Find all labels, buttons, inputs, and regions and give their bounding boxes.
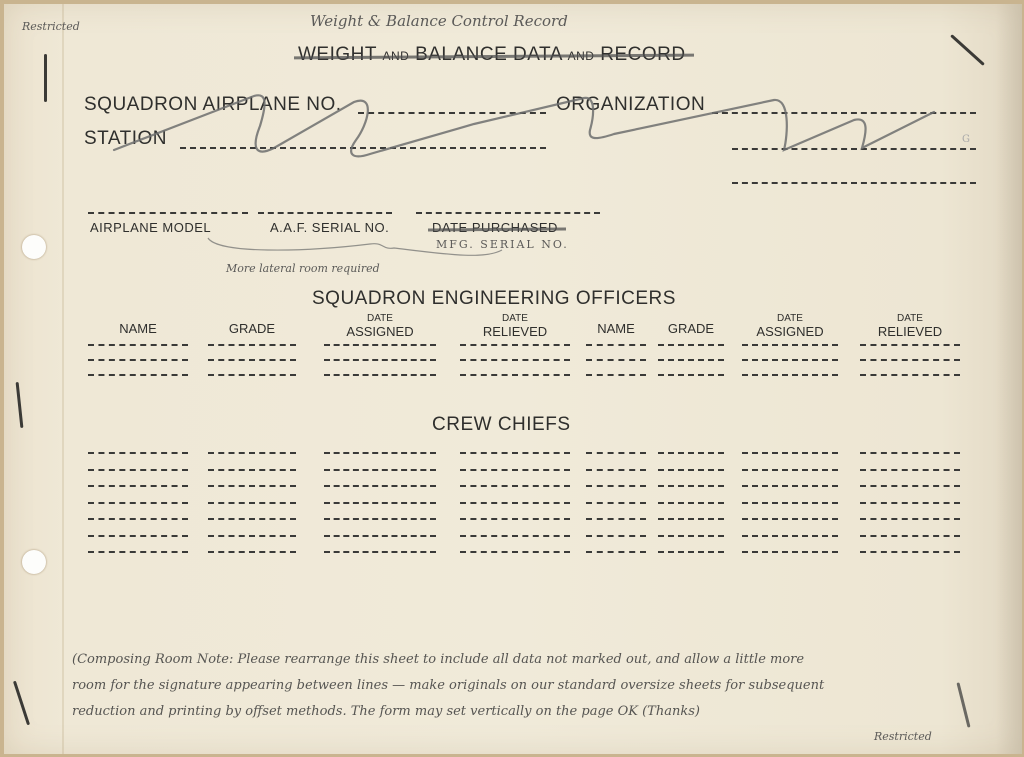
mfg-serial-annotation: MFG. SERIAL NO. (436, 238, 569, 251)
airplane-model-field[interactable] (88, 212, 248, 214)
binder-hole-icon (22, 550, 46, 574)
blank-entry-field[interactable] (742, 485, 838, 487)
blank-entry-field[interactable] (460, 359, 570, 361)
blank-entry-field[interactable] (208, 344, 296, 346)
blank-entry-field[interactable] (860, 551, 960, 553)
column-header: GRADE (658, 322, 724, 335)
staple-icon (956, 682, 970, 727)
blank-entry-field[interactable] (860, 502, 960, 504)
blank-entry-field[interactable] (658, 535, 724, 537)
page-fold (62, 4, 64, 754)
blank-entry-field[interactable] (586, 535, 646, 537)
blank-entry-field[interactable] (324, 502, 436, 504)
column-header: GRADE (208, 322, 296, 335)
svg-text:G: G (962, 134, 970, 145)
date-purchased-label: DATE PURCHASED (432, 220, 558, 235)
column-header: DATEASSIGNED (742, 312, 838, 338)
blank-entry-field[interactable] (742, 374, 838, 376)
blank-entry-field[interactable] (324, 535, 436, 537)
blank-entry-field[interactable] (860, 374, 960, 376)
blank-entry-field[interactable] (324, 551, 436, 553)
pencil-scribble-icon: G (4, 4, 1022, 754)
blank-entry-field[interactable] (208, 518, 296, 520)
blank-entry-field[interactable] (860, 359, 960, 361)
page-edge-shadow (996, 4, 1022, 754)
blank-entry-field[interactable] (658, 551, 724, 553)
blank-entry-field[interactable] (88, 502, 188, 504)
organization-label: ORGANIZATION (556, 94, 705, 116)
blank-entry-field[interactable] (460, 452, 570, 454)
column-header-label: ASSIGNED (756, 324, 823, 339)
blank-entry-field[interactable] (658, 518, 724, 520)
blank-entry-field[interactable] (460, 374, 570, 376)
staple-icon (16, 382, 24, 428)
handwritten-title: Weight & Balance Control Record (310, 12, 568, 30)
staple-icon (950, 34, 985, 66)
organization-field[interactable] (712, 112, 976, 114)
blank-entry-field[interactable] (324, 518, 436, 520)
blank-entry-field[interactable] (460, 518, 570, 520)
blank-entry-field[interactable] (88, 359, 188, 361)
blank-entry-field[interactable] (860, 452, 960, 454)
restricted-mark-top: Restricted (22, 20, 80, 33)
blank-entry-field[interactable] (586, 359, 646, 361)
column-header: DATERELIEVED (460, 312, 570, 338)
blank-entry-field[interactable] (208, 535, 296, 537)
blank-entry-field[interactable] (460, 485, 570, 487)
blank-entry-field[interactable] (88, 452, 188, 454)
composing-note-line2: room for the signature appearing between… (72, 678, 824, 693)
blank-entry-field[interactable] (208, 551, 296, 553)
aaf-serial-label: A.A.F. SERIAL NO. (270, 220, 389, 235)
blank-entry-field[interactable] (460, 469, 570, 471)
blank-entry-field[interactable] (742, 551, 838, 553)
staple-icon (13, 681, 30, 726)
lateral-room-note: More lateral room required (226, 262, 380, 275)
column-header: DATEASSIGNED (324, 312, 436, 338)
blank-entry-field[interactable] (324, 469, 436, 471)
blank-entry-field[interactable] (586, 485, 646, 487)
blank-entry-field[interactable] (208, 452, 296, 454)
column-header-label: NAME (119, 321, 157, 336)
composing-note-line1: (Composing Room Note: Please rearrange t… (72, 652, 804, 667)
column-header-label: GRADE (668, 321, 714, 336)
binder-hole-icon (22, 235, 46, 259)
restricted-mark-bottom: Restricted (874, 730, 932, 743)
blank-entry-field[interactable] (860, 535, 960, 537)
crew-chiefs-title: CREW CHIEFS (432, 414, 571, 436)
form-page: Restricted Restricted Weight & Balance C… (4, 4, 1022, 754)
blank-entry-field[interactable] (658, 502, 724, 504)
airplane-model-label: AIRPLANE MODEL (90, 220, 211, 235)
blank-entry-field[interactable] (88, 469, 188, 471)
organization-field-line2[interactable] (732, 148, 976, 150)
printed-title: WEIGHT AND BALANCE DATA AND RECORD (298, 44, 686, 66)
column-header-label: NAME (597, 321, 635, 336)
blank-entry-field[interactable] (88, 344, 188, 346)
title-word: WEIGHT (298, 44, 377, 65)
blank-entry-field[interactable] (88, 535, 188, 537)
title-word: RECORD (600, 44, 685, 65)
composing-note-line3: reduction and printing by offset methods… (72, 704, 700, 719)
column-header-label: RELIEVED (878, 324, 942, 339)
aaf-serial-field[interactable] (258, 212, 392, 214)
station-label: STATION (84, 128, 167, 150)
organization-field-line3[interactable] (732, 182, 976, 184)
blank-entry-field[interactable] (586, 518, 646, 520)
blank-entry-field[interactable] (742, 344, 838, 346)
blank-entry-field[interactable] (460, 551, 570, 553)
station-field[interactable] (180, 147, 546, 149)
blank-entry-field[interactable] (208, 502, 296, 504)
squadron-airplane-no-label: SQUADRON AIRPLANE NO. (84, 94, 342, 116)
blank-entry-field[interactable] (586, 502, 646, 504)
blank-entry-field[interactable] (324, 452, 436, 454)
blank-entry-field[interactable] (586, 551, 646, 553)
column-header-label: RELIEVED (483, 324, 547, 339)
blank-entry-field[interactable] (460, 502, 570, 504)
blank-entry-field[interactable] (860, 485, 960, 487)
column-header: NAME (586, 322, 646, 335)
blank-entry-field[interactable] (208, 485, 296, 487)
blank-entry-field[interactable] (658, 344, 724, 346)
blank-entry-field[interactable] (460, 535, 570, 537)
date-purchased-text: DATE PURCHASED (432, 220, 558, 235)
blank-entry-field[interactable] (324, 344, 436, 346)
title-word: DATA (513, 44, 562, 65)
blank-entry-field[interactable] (586, 374, 646, 376)
column-header-label: GRADE (229, 321, 275, 336)
blank-entry-field[interactable] (742, 518, 838, 520)
column-header: DATERELIEVED (860, 312, 960, 338)
blank-entry-field[interactable] (742, 469, 838, 471)
blank-entry-field[interactable] (586, 344, 646, 346)
blank-entry-field[interactable] (658, 452, 724, 454)
blank-entry-field[interactable] (324, 485, 436, 487)
blank-entry-field[interactable] (324, 359, 436, 361)
blank-entry-field[interactable] (208, 469, 296, 471)
engineering-officers-title: SQUADRON ENGINEERING OFFICERS (312, 288, 676, 310)
staple-icon (44, 54, 47, 102)
blank-entry-field[interactable] (658, 359, 724, 361)
blank-entry-field[interactable] (658, 469, 724, 471)
blank-entry-field[interactable] (208, 374, 296, 376)
blank-entry-field[interactable] (88, 374, 188, 376)
blank-entry-field[interactable] (324, 374, 436, 376)
blank-entry-field[interactable] (586, 469, 646, 471)
blank-entry-field[interactable] (742, 452, 838, 454)
blank-entry-field[interactable] (860, 344, 960, 346)
squadron-airplane-no-field[interactable] (358, 112, 546, 114)
blank-entry-field[interactable] (742, 535, 838, 537)
column-header-label: ASSIGNED (346, 324, 413, 339)
blank-entry-field[interactable] (460, 344, 570, 346)
title-word: AND (568, 49, 595, 63)
blank-entry-field[interactable] (742, 502, 838, 504)
blank-entry-field[interactable] (742, 359, 838, 361)
blank-entry-field[interactable] (586, 452, 646, 454)
blank-entry-field[interactable] (658, 485, 724, 487)
title-word: BALANCE (415, 44, 507, 65)
blank-entry-field[interactable] (860, 469, 960, 471)
blank-entry-field[interactable] (658, 374, 724, 376)
blank-entry-field[interactable] (88, 551, 188, 553)
blank-entry-field[interactable] (88, 485, 188, 487)
date-purchased-field[interactable] (416, 212, 600, 214)
column-header: NAME (88, 322, 188, 335)
blank-entry-field[interactable] (88, 518, 188, 520)
blank-entry-field[interactable] (860, 518, 960, 520)
blank-entry-field[interactable] (208, 359, 296, 361)
title-word: AND (382, 49, 409, 63)
